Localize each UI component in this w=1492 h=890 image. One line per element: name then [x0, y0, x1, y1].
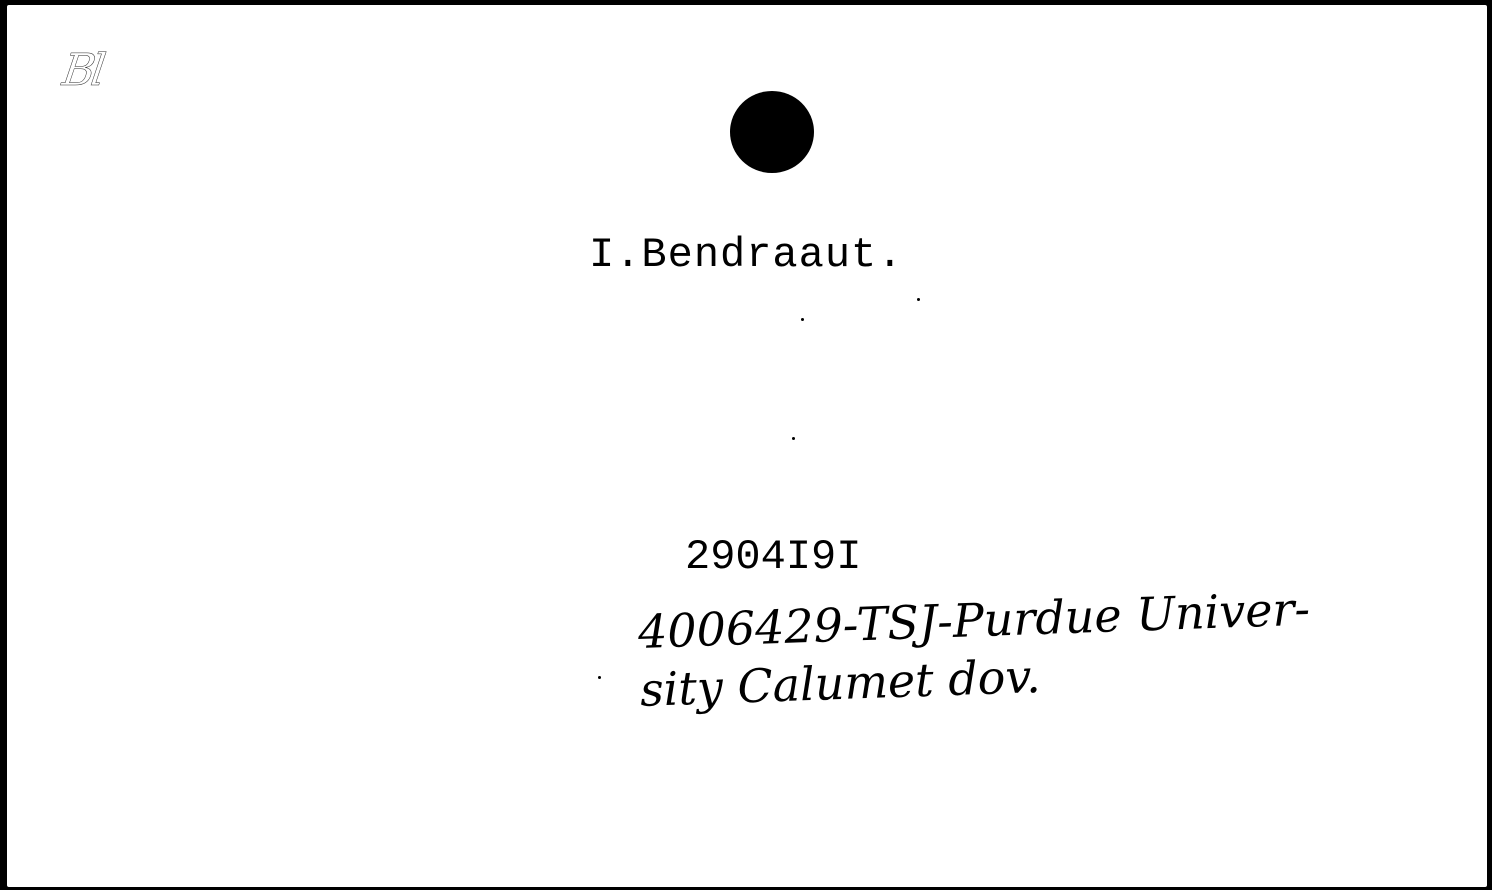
scan-speck [917, 298, 920, 301]
scan-speck [598, 676, 601, 679]
scan-speck [792, 437, 795, 440]
index-card: Bl I.Bendraaut. 2904I9I 4006429-TSJ-Purd… [7, 5, 1487, 887]
typed-name: I.Bendraaut. [589, 231, 903, 279]
typed-record-number: 2904I9I [685, 533, 861, 581]
punch-hole [730, 91, 814, 173]
handwritten-note: 4006429-TSJ-Purdue Univer- sity Calumet … [637, 573, 1492, 719]
scan-speck [801, 318, 804, 321]
corner-handwritten-mark: Bl [59, 45, 105, 96]
